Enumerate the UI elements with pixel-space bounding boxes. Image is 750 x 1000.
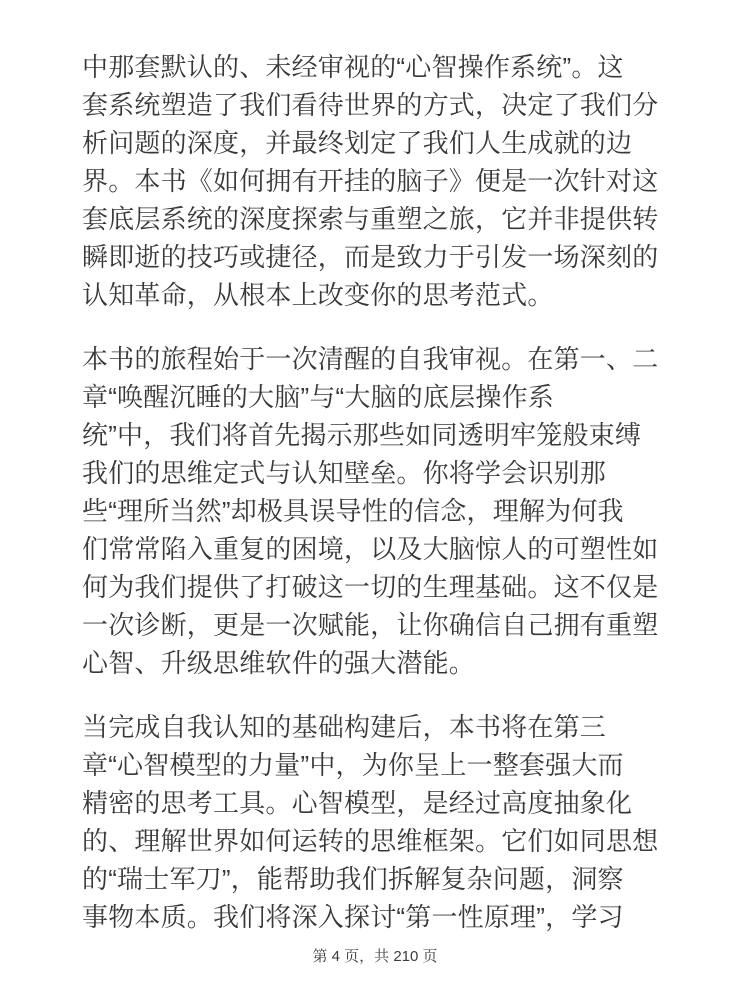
paragraph: 本书的旅程始于一次清醒的自我审视。在第一、二 章“唤醒沉睡的大脑”与“大脑的底层… [82,340,680,682]
page-number-footer: 第 4 页，共 210 页 [0,948,750,966]
document-page: 中那套默认的、未经审视的“心智操作系统”。这 套系统塑造了我们看待世界的方式，决… [0,0,750,1000]
paragraph: 中那套默认的、未经审视的“心智操作系统”。这 套系统塑造了我们看待世界的方式，决… [82,48,680,314]
paragraph: 当完成自我认知的基础构建后，本书将在第三 章“心智模型的力量”中，为你呈上一整套… [82,708,680,936]
page-content: 中那套默认的、未经审视的“心智操作系统”。这 套系统塑造了我们看待世界的方式，决… [0,0,750,936]
